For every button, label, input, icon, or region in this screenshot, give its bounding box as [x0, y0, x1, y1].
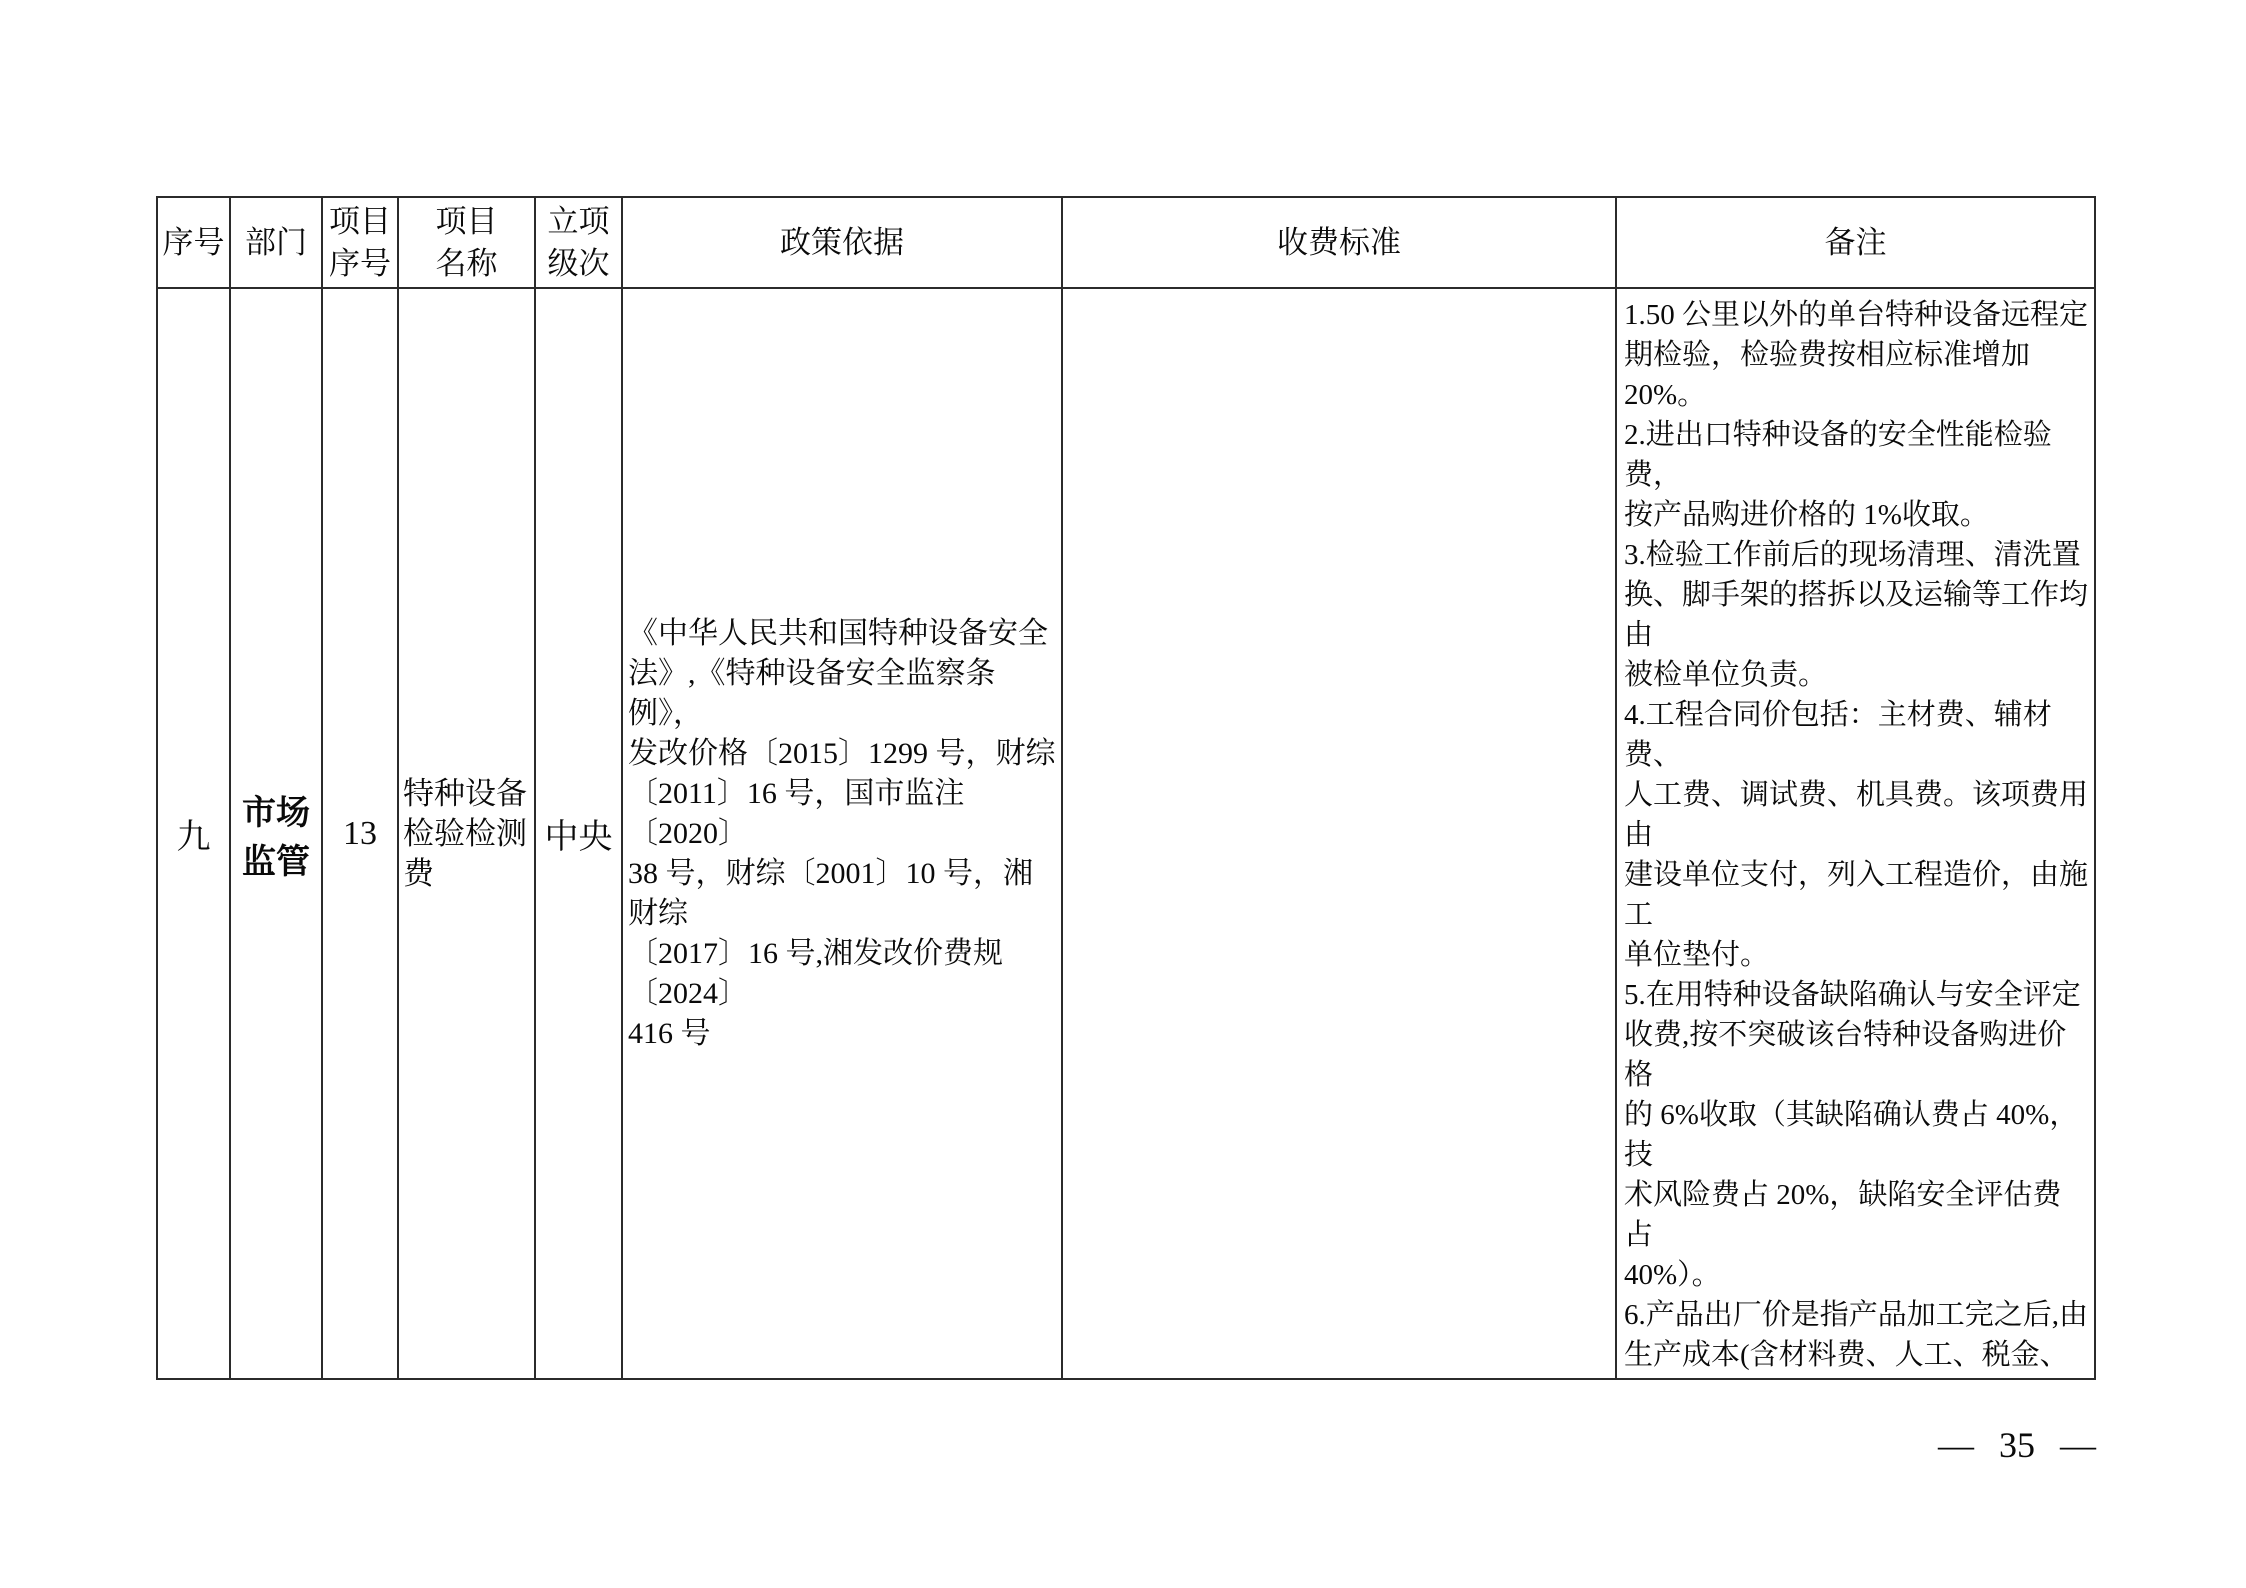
cell-fee-standard [1063, 289, 1617, 1378]
header-project-no: 项目 序号 [323, 198, 399, 289]
cell-policy-basis: 《中华人民共和国特种设备安全 法》,《特种设备安全监察条例》， 发改价格〔201… [623, 289, 1063, 1378]
header-serial-no: 序号 [158, 198, 231, 289]
cell-project-no: 13 [323, 289, 399, 1378]
cell-project-name: 特种设备 检验检测 费 [399, 289, 536, 1378]
header-approval-level: 立项 级次 [536, 198, 623, 289]
cell-remarks: 1.50 公里以外的单台特种设备远程定 期检验，检验费按相应标准增加 20%。 … [1617, 289, 2094, 1378]
document-page: 序号 部门 项目 序号 项目 名称 立项 级次 政策依据 收费标准 备注 九 市… [0, 0, 2246, 1588]
cell-approval-level: 中央 [536, 289, 623, 1378]
header-project-name: 项目 名称 [399, 198, 536, 289]
fee-schedule-table: 序号 部门 项目 序号 项目 名称 立项 级次 政策依据 收费标准 备注 九 市… [156, 196, 2096, 1380]
page-number: — 35 — [1938, 1424, 2096, 1466]
header-policy-basis: 政策依据 [623, 198, 1063, 289]
cell-serial-no: 九 [158, 289, 231, 1378]
header-department: 部门 [231, 198, 323, 289]
header-remarks: 备注 [1617, 198, 2094, 289]
cell-department: 市场 监管 [231, 289, 323, 1378]
header-fee-standard: 收费标准 [1063, 198, 1617, 289]
